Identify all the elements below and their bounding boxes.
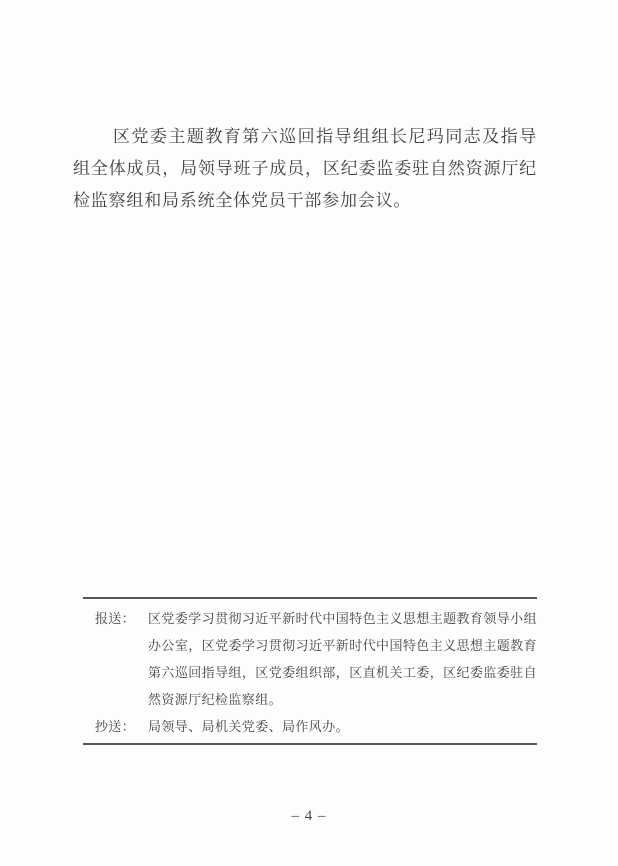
colophon-block: 报送： 区党委学习贯彻习近平新时代中国特色主义思想主题教育领导小组办公室，区党委… [83, 597, 537, 745]
submit-label: 报送： [83, 605, 148, 632]
document-page: 区党委主题教育第六巡回指导组组长尼玛同志及指导组全体成员，局领导班子成员，区纪委… [0, 0, 618, 866]
cc-row: 抄送： 局领导、局机关党委、局作风办。 [83, 713, 537, 740]
cc-label: 抄送： [83, 713, 148, 740]
body-paragraph: 区党委主题教育第六巡回指导组组长尼玛同志及指导组全体成员，局领导班子成员，区纪委… [73, 121, 537, 217]
page-number: – 4 – [0, 808, 618, 825]
cc-recipients: 局领导、局机关党委、局作风办。 [148, 713, 537, 740]
submit-row: 报送： 区党委学习贯彻习近平新时代中国特色主义思想主题教育领导小组办公室，区党委… [83, 605, 537, 713]
submit-recipients: 区党委学习贯彻习近平新时代中国特色主义思想主题教育领导小组办公室，区党委学习贯彻… [148, 605, 537, 713]
